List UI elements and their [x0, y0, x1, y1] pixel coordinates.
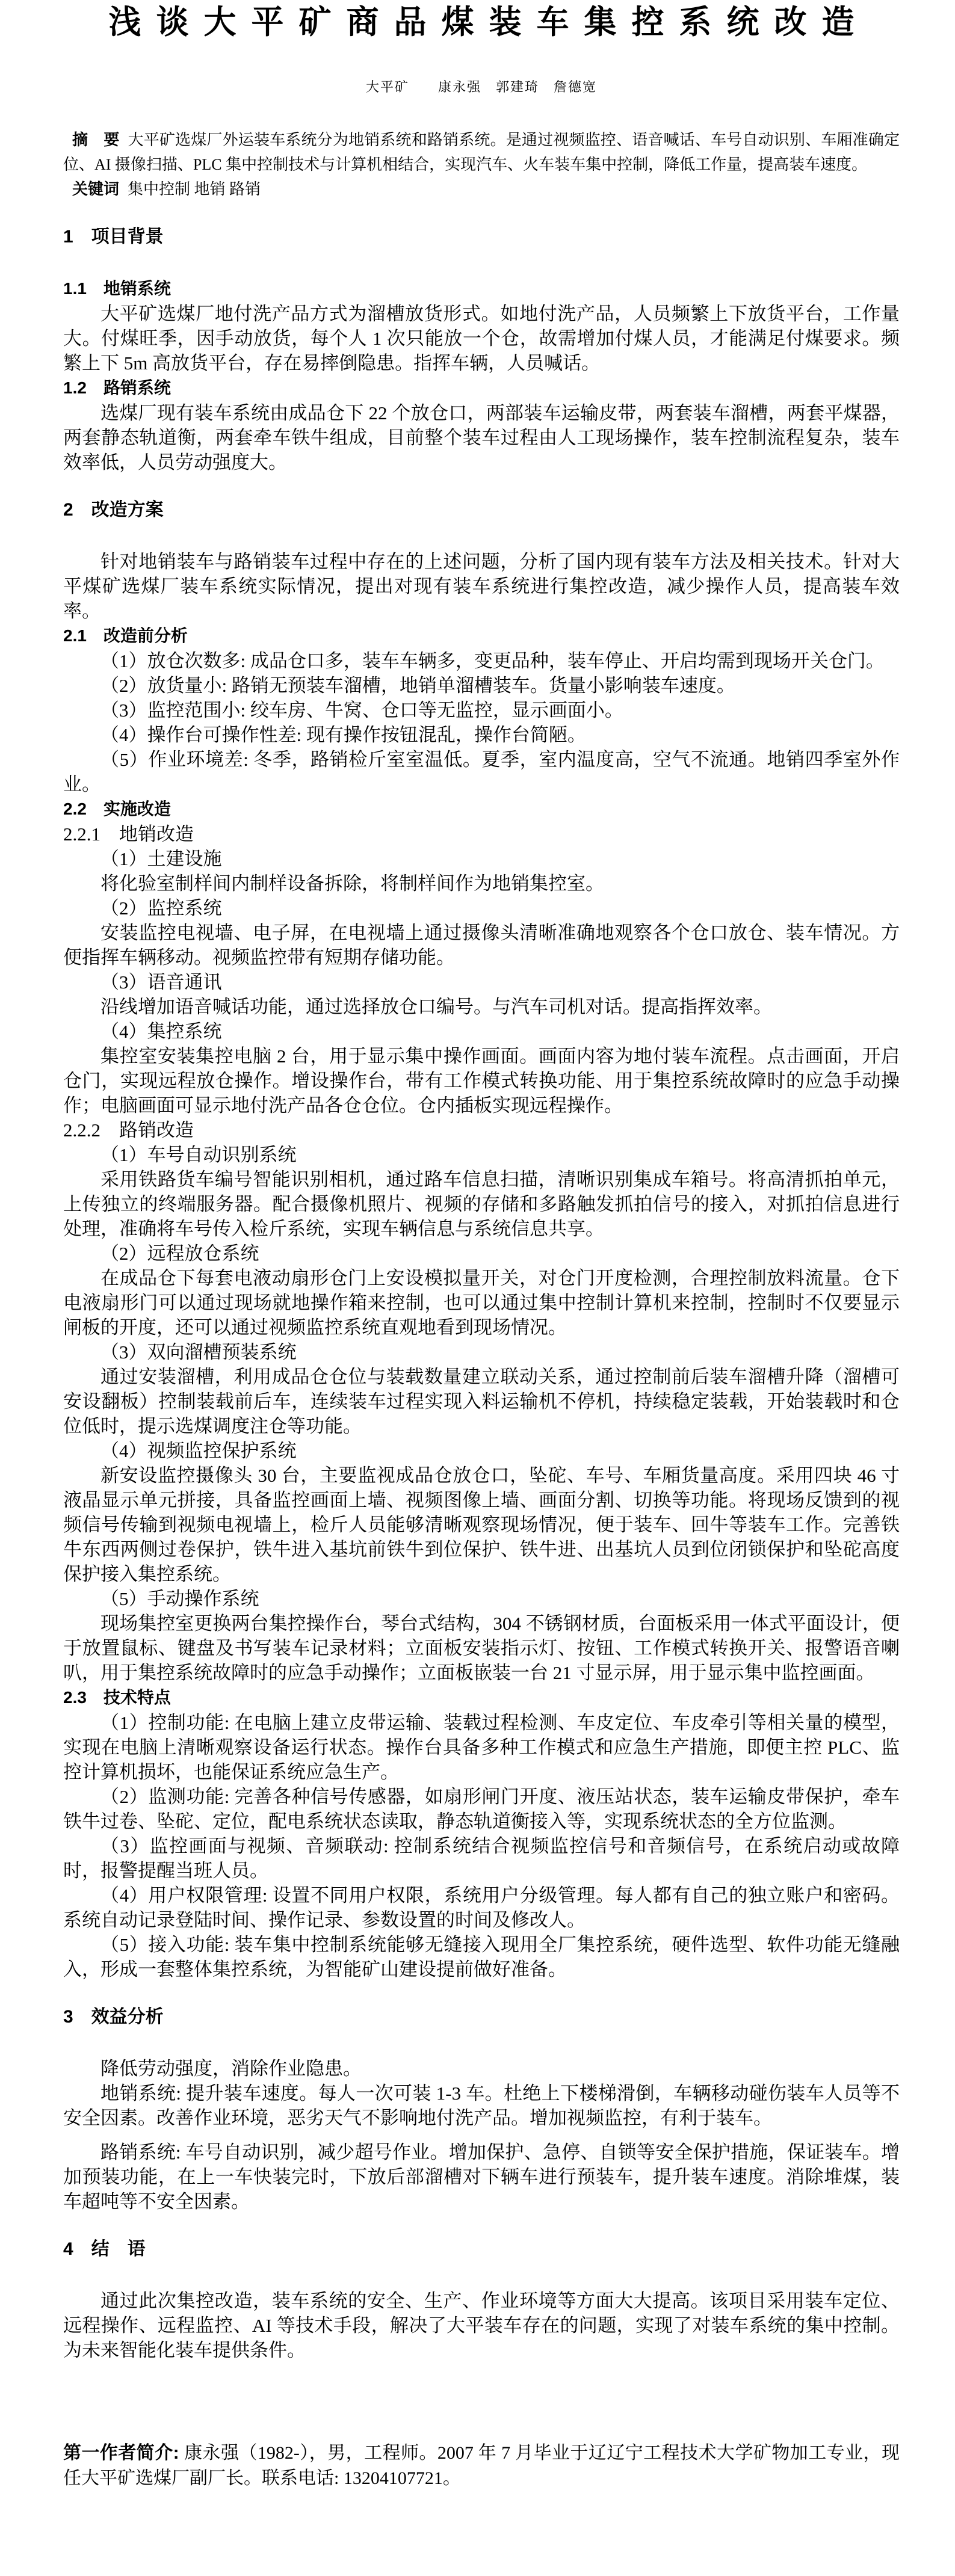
benefit-paragraph: 降低劳动强度，消除作业隐患。	[63, 2056, 900, 2081]
document-page: 浅谈大平矿商品煤装车集控系统改造 大平矿 康永强 郭建琦 詹德宽 摘 要大平矿选…	[0, 0, 955, 2576]
rail-sales-block: （3）双向溜槽预装系统	[63, 1340, 900, 1364]
section-2-2-1-heading: 2.2.1 地销改造	[63, 822, 900, 846]
section-1-1-heading: 1.1 地销系统	[63, 276, 900, 301]
land-sales-block: 集控室安装集控电脑 2 台，用于显示集中操作画面。画面内容为地付装车流程。点击画…	[63, 1044, 900, 1118]
benefit-paragraph: 路销系统: 车号自动识别，减少超号作业。增加保护、急停、自锁等安全保护措施，保证…	[63, 2140, 900, 2214]
rail-sales-block: （1）车号自动识别系统	[63, 1142, 900, 1167]
feature-item: （1）控制功能: 在电脑上建立皮带运输、装载过程检测、车皮定位、车皮牵引等相关量…	[63, 1710, 900, 1784]
analysis-item: （5）作业环境差: 冬季，路销检斤室室温低。夏季，室内温度高，空气不流通。地销四…	[63, 747, 900, 797]
section-1-heading: 1 项目背景	[63, 223, 900, 251]
rail-sales-block: 通过安装溜槽，利用成品仓仓位与装载数量建立联动关系，通过控制前后装车溜槽升降（溜…	[63, 1364, 900, 1438]
analysis-item: （1）放仓次数多: 成品仓口多，装车车辆多，变更品种，装车停止、开启均需到现场开…	[63, 649, 900, 673]
author-bio-label: 第一作者简介:	[63, 2443, 179, 2463]
section-2-1-heading: 2.1 改造前分析	[63, 623, 900, 649]
paper-title: 浅谈大平矿商品煤装车集控系统改造	[63, 4, 900, 41]
section-2-3-heading: 2.3 技术特点	[63, 1685, 900, 1710]
section-2-2-2-heading: 2.2.2 路销改造	[63, 1118, 900, 1142]
land-sales-block: （4）集控系统	[63, 1019, 900, 1044]
land-sales-block: （2）监控系统	[63, 896, 900, 920]
keywords: 关键词集中控制 地销 路销	[63, 177, 900, 202]
abstract: 摘 要大平矿选煤厂外运装车系统分为地销系统和路销系统。是通过视频监控、语音喊话、…	[63, 128, 900, 177]
analysis-item: （3）监控范围小: 绞车房、牛窝、仓口等无监控，显示画面小。	[63, 698, 900, 723]
rail-sales-block: 采用铁路货车编号智能识别相机，通过路车信息扫描，清晰识别集成车箱号。将高清抓拍单…	[63, 1167, 900, 1241]
authors-line: 大平矿 康永强 郭建琦 詹德宽	[63, 78, 900, 96]
author-bio: 第一作者简介:康永强（1982-），男，工程师。2007 年 7 月毕业于辽辽宁…	[63, 2441, 900, 2491]
rail-sales-block: 在成品仓下每套电液动扇形仓门上安设模拟量开关，对仓门开度检测，合理控制放料流量。…	[63, 1266, 900, 1340]
rail-sales-block: （4）视频监控保护系统	[63, 1438, 900, 1463]
abstract-text: 大平矿选煤厂外运装车系统分为地销系统和路销系统。是通过视频监控、语音喊话、车号自…	[63, 131, 900, 173]
keywords-text: 集中控制 地销 路销	[128, 180, 261, 198]
feature-item: （3）监控画面与视频、音频联动: 控制系统结合视频监控信号和音频信号，在系统启动…	[63, 1834, 900, 1883]
land-sales-block: （1）土建设施	[63, 846, 900, 871]
feature-item: （5）接入功能: 装车集中控制系统能够无缝接入现用全厂集控系统，硬件选型、软件功…	[63, 1932, 900, 1982]
land-sales-block: 沿线增加语音喊话功能，通过选择放仓口编号。与汽车司机对话。提高指挥效率。	[63, 994, 900, 1019]
author-bio-text: 康永强（1982-），男，工程师。2007 年 7 月毕业于辽辽宁工程技术大学矿…	[63, 2443, 900, 2488]
conclusion-paragraph: 通过此次集控改造，装车系统的安全、生产、作业环境等方面大大提高。该项目采用装车定…	[63, 2288, 900, 2362]
rail-sales-block: 现场集控室更换两台集控操作台，琴台式结构，304 不锈钢材质，台面板采用一体式平…	[63, 1611, 900, 1685]
feature-item: （2）监测功能: 完善各种信号传感器，如扇形闸门开度、液压站状态，装车运输皮带保…	[63, 1784, 900, 1834]
rail-sales-block: （2）远程放仓系统	[63, 1241, 900, 1266]
analysis-item: （2）放货量小: 路销无预装车溜槽，地销单溜槽装车。货量小影响装车速度。	[63, 673, 900, 698]
feature-item: （4）用户权限管理: 设置不同用户权限，系统用户分级管理。每人都有自己的独立账户…	[63, 1883, 900, 1932]
section-3-heading: 3 效益分析	[63, 2003, 900, 2031]
section-2-intro-paragraph: 针对地销装车与路销装车过程中存在的上述问题，分析了国内现有装车方法及相关技术。针…	[63, 549, 900, 623]
section-1-1-paragraph: 大平矿选煤厂地付洗产品方式为溜槽放货形式。如地付洗产品，人员频繁上下放货平台，工…	[63, 301, 900, 375]
section-1-2-heading: 1.2 路销系统	[63, 375, 900, 401]
keywords-label: 关键词	[72, 180, 119, 198]
land-sales-block: 安装监控电视墙、电子屏，在电视墙上通过摄像头清晰准确地观察各个仓口放仓、装车情况…	[63, 920, 900, 970]
benefit-paragraph: 地销系统: 提升装车速度。每人一次可装 1-3 车。杜绝上下楼梯滑倒，车辆移动碰…	[63, 2081, 900, 2130]
section-2-2-heading: 2.2 实施改造	[63, 797, 900, 822]
land-sales-block: （3）语音通讯	[63, 970, 900, 994]
section-1-2-paragraph: 选煤厂现有装车系统由成品仓下 22 个放仓口，两部装车运输皮带，两套装车溜槽，两…	[63, 401, 900, 475]
land-sales-block: 将化验室制样间内制样设备拆除，将制样间作为地销集控室。	[63, 871, 900, 896]
analysis-item: （4）操作台可操作性差: 现有操作按钮混乱，操作台简陋。	[63, 723, 900, 747]
abstract-label: 摘 要	[72, 131, 120, 149]
rail-sales-block: （5）手动操作系统	[63, 1586, 900, 1611]
section-4-heading: 4 结 语	[63, 2236, 900, 2263]
section-2-heading: 2 改造方案	[63, 496, 900, 524]
rail-sales-block: 新安设监控摄像头 30 台，主要监视成品仓放仓口，坠砣、车号、车厢货量高度。采用…	[63, 1463, 900, 1586]
